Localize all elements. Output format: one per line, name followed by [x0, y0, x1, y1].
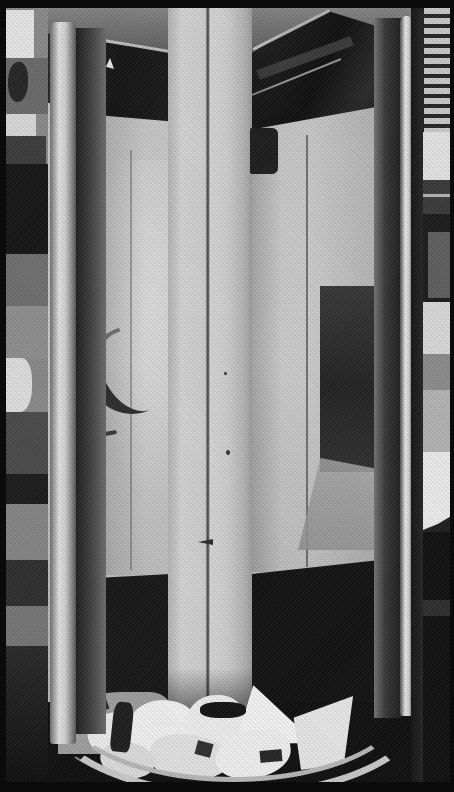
wall-block — [6, 136, 46, 164]
wall-block — [6, 164, 48, 254]
doorway-dark — [320, 286, 375, 472]
wall-block — [6, 474, 50, 504]
wall-block — [420, 302, 454, 354]
wall-block — [6, 412, 50, 474]
wall-block — [6, 504, 50, 560]
wall-block — [6, 254, 50, 306]
column-fleck — [224, 372, 227, 375]
wall-block — [6, 10, 34, 58]
halftone-photo — [0, 0, 454, 792]
wall-block — [6, 560, 50, 606]
column-fleck — [226, 450, 230, 455]
wall-block — [6, 114, 36, 136]
wall-block — [420, 354, 454, 390]
left-dark-band — [76, 28, 106, 734]
photo-frame-bottom — [0, 782, 454, 792]
base-rim-inner — [58, 620, 408, 782]
wall-line — [420, 600, 454, 616]
wall-block — [6, 358, 32, 412]
wall-block — [420, 390, 454, 452]
photo-frame-left — [0, 0, 6, 792]
wall-knob — [8, 62, 28, 102]
right-edge-divider — [411, 8, 423, 783]
photo-frame-right — [450, 0, 454, 792]
glass-seam-right — [306, 135, 308, 567]
right-dark-band — [374, 18, 402, 718]
wall-block — [6, 606, 50, 646]
photo-frame-top — [0, 0, 454, 8]
left-support-pole — [50, 22, 76, 744]
wall-block — [6, 306, 50, 358]
device-box — [250, 128, 278, 174]
wall-window — [428, 232, 450, 298]
